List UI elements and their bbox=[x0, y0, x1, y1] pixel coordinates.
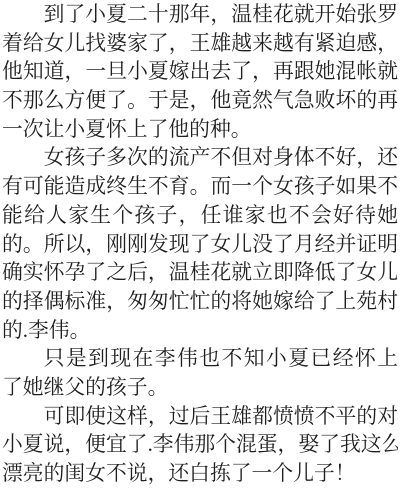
text-line: 女孩子多次的流产不但对身体不好，还 bbox=[2, 144, 398, 173]
paragraph-2: 女孩子多次的流产不但对身体不好，还 有可能造成终生不育。而一个女孩子如果不 能给… bbox=[2, 144, 398, 345]
paragraph-3: 只是到现在李伟也不知小夏已经怀上 了她继父的孩子。 bbox=[2, 345, 398, 402]
text-line: 小夏说，便宜了.李伟那个混蛋，娶了我这么 bbox=[2, 431, 398, 460]
text-line: 他知道，一旦小夏嫁出去了，再跟她混帐就 bbox=[2, 58, 398, 87]
text-line: 着给女儿找婆家了，王雄越来越有紧迫感， bbox=[2, 30, 398, 59]
text-line: 的择偶标准，匆匆忙忙的将她嫁给了上苑村 bbox=[2, 288, 398, 317]
paragraph-4: 可即使这样，过后王雄都愤愤不平的对 小夏说，便宜了.李伟那个混蛋，娶了我这么 漂… bbox=[2, 403, 398, 488]
text-line: 了她继父的孩子。 bbox=[2, 374, 398, 403]
text-line: 一次让小夏怀上了他的种。 bbox=[2, 116, 398, 145]
text-line: 漂亮的闺女不说，还白拣了一个儿子！ bbox=[2, 460, 398, 488]
text-line: 可即使这样，过后王雄都愤愤不平的对 bbox=[2, 403, 398, 432]
text-page: 到了小夏二十那年，温桂花就开始张罗 着给女儿找婆家了，王雄越来越有紧迫感， 他知… bbox=[0, 0, 400, 488]
text-line: 能给人家生个孩子，任谁家也不会好待她 bbox=[2, 202, 398, 231]
text-line: 到了小夏二十那年，温桂花就开始张罗 bbox=[2, 1, 398, 30]
text-line: 有可能造成终生不育。而一个女孩子如果不 bbox=[2, 173, 398, 202]
text-line: 的。所以，刚刚发现了女儿没了月经并证明 bbox=[2, 231, 398, 260]
text-line: 只是到现在李伟也不知小夏已经怀上 bbox=[2, 345, 398, 374]
text-line: 的.李伟。 bbox=[2, 317, 398, 346]
paragraph-1: 到了小夏二十那年，温桂花就开始张罗 着给女儿找婆家了，王雄越来越有紧迫感， 他知… bbox=[2, 1, 398, 144]
text-line: 不那么方便了。于是，他竟然气急败坏的再 bbox=[2, 87, 398, 116]
text-line: 确实怀孕了之后，温桂花就立即降低了女儿 bbox=[2, 259, 398, 288]
